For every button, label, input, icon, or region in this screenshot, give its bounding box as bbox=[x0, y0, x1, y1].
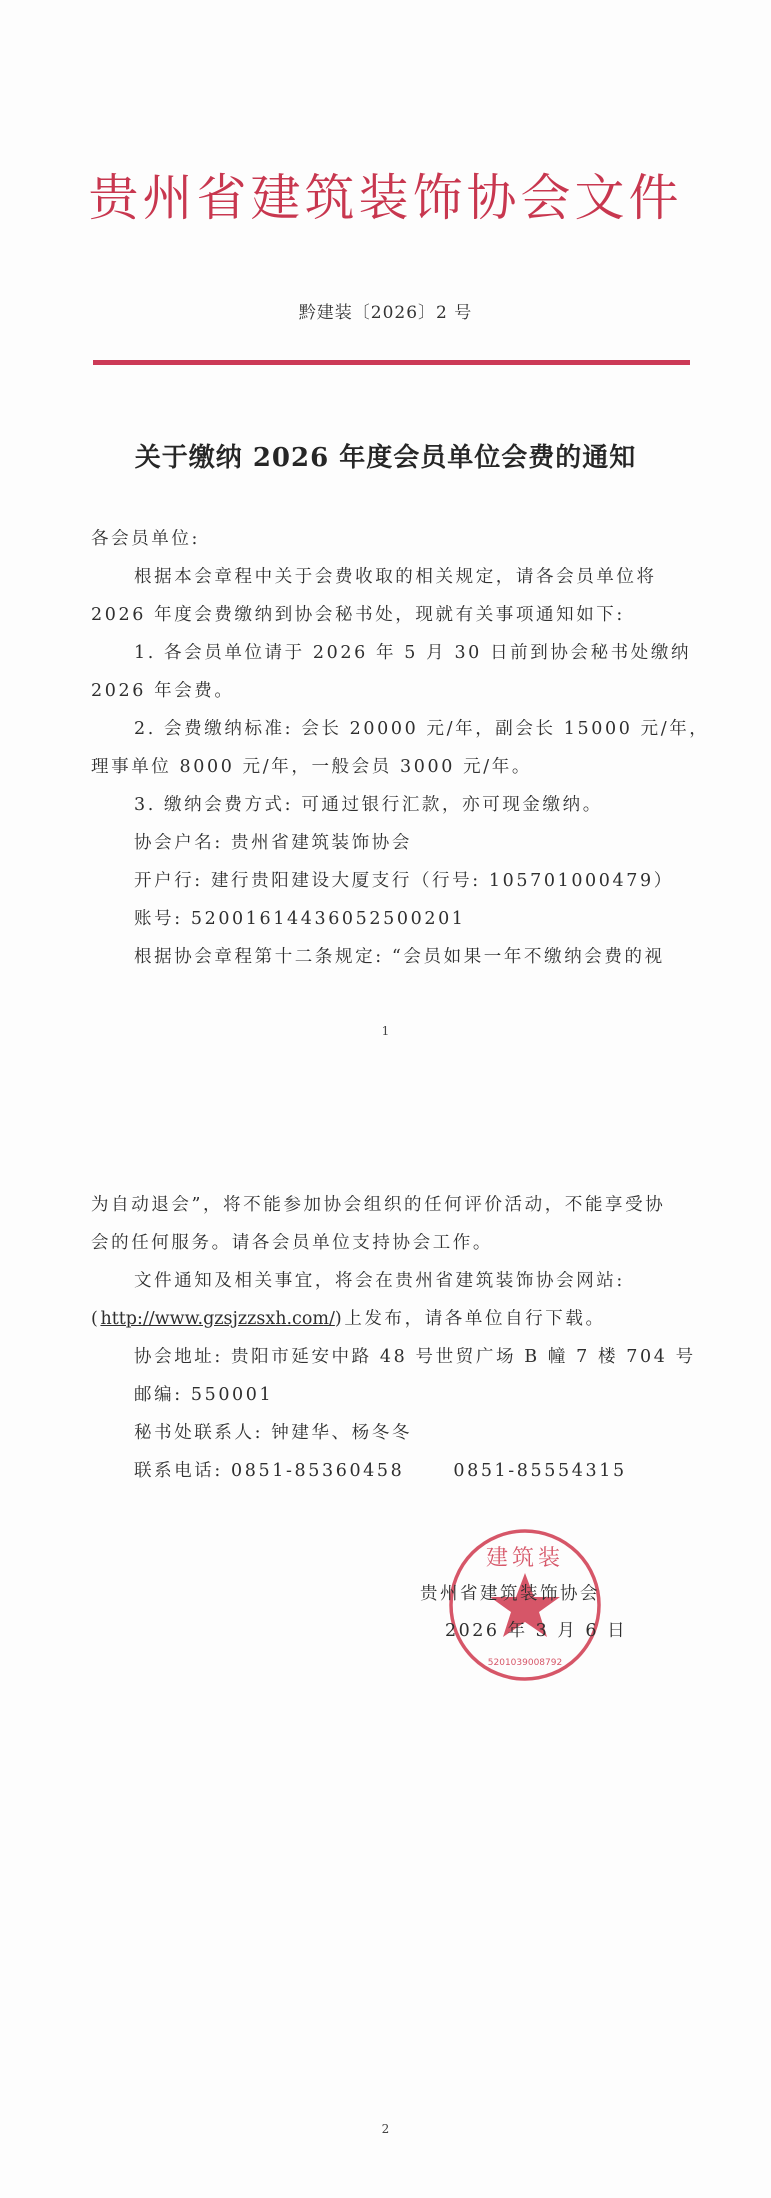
website-line-rest: 上发布，请各单位自行下载。 bbox=[344, 1309, 605, 1329]
header-divider bbox=[93, 360, 690, 365]
account-name: 协会户名: 贵州省建筑装饰协会 bbox=[134, 831, 744, 855]
body-line: 会的任何服务。请各会员单位支持协会工作。 bbox=[91, 1231, 701, 1255]
notice-title: 关于缴纳 2026 年度会员单位会费的通知 bbox=[0, 437, 771, 474]
svg-text:建筑装: 建筑装 bbox=[486, 1546, 564, 1571]
body-line: 2026 年会费。 bbox=[91, 679, 701, 703]
body-line: 文件通知及相关事宜，将会在贵州省建筑装饰协会网站: bbox=[134, 1269, 744, 1293]
salutation: 各会员单位: bbox=[91, 527, 701, 551]
bank-name: 开户行: 建行贵阳建设大厦支行（行号: 105701000479） bbox=[134, 869, 744, 893]
body-line: 根据协会章程第十二条规定: “会员如果一年不缴纳会费的视 bbox=[134, 945, 744, 969]
paren-close: ) bbox=[335, 1309, 344, 1329]
official-seal: 建筑装 5201039008792 bbox=[445, 1525, 605, 1685]
website-line: (http://www.gzsjzzsxh.com/)上发布，请各单位自行下载。 bbox=[91, 1307, 701, 1331]
signature-date: 2026 年 3 月 6 日 bbox=[445, 1617, 627, 1642]
seal-star-icon: 建筑装 5201039008792 bbox=[445, 1525, 605, 1685]
body-line: 理事单位 8000 元/年，一般会员 3000 元/年。 bbox=[91, 755, 701, 779]
contacts: 秘书处联系人: 钟建华、杨冬冬 bbox=[134, 1421, 744, 1445]
body-line: 2026 年度会费缴纳到协会秘书处，现就有关事项通知如下: bbox=[91, 603, 701, 627]
document-header-title: 贵州省建筑装饰协会文件 bbox=[0, 158, 771, 230]
website-link[interactable]: http://www.gzsjzzsxh.com/ bbox=[100, 1309, 334, 1329]
document-number: 黔建装〔2026〕2 号 bbox=[0, 298, 771, 323]
body-line: 根据本会章程中关于会费收取的相关规定，请各会员单位将 bbox=[134, 565, 744, 589]
account-number: 账号: 52001614436052500201 bbox=[134, 907, 744, 931]
body-line: 为自动退会”，将不能参加协会组织的任何评价活动，不能享受协 bbox=[91, 1193, 701, 1217]
page-number-1: 1 bbox=[0, 1024, 771, 1038]
address: 协会地址: 贵阳市延安中路 48 号世贸广场 B 幢 7 楼 704 号 bbox=[134, 1345, 744, 1369]
item-1: 1. 各会员单位请于 2026 年 5 月 30 日前到协会秘书处缴纳 bbox=[134, 641, 744, 665]
page-number-2: 2 bbox=[0, 2122, 771, 2136]
signature-org: 贵州省建筑装饰协会 bbox=[420, 1580, 600, 1605]
postal-code: 邮编: 550001 bbox=[134, 1383, 744, 1407]
item-2-fee-standards: 2. 会费缴纳标准: 会长 20000 元/年，副会长 15000 元/年， bbox=[134, 717, 744, 741]
phone-numbers: 联系电话: 0851-85360458 0851-85554315 bbox=[134, 1459, 744, 1483]
svg-text:5201039008792: 5201039008792 bbox=[488, 1658, 562, 1668]
item-3-payment-method: 3. 缴纳会费方式: 可通过银行汇款，亦可现金缴纳。 bbox=[134, 793, 744, 817]
